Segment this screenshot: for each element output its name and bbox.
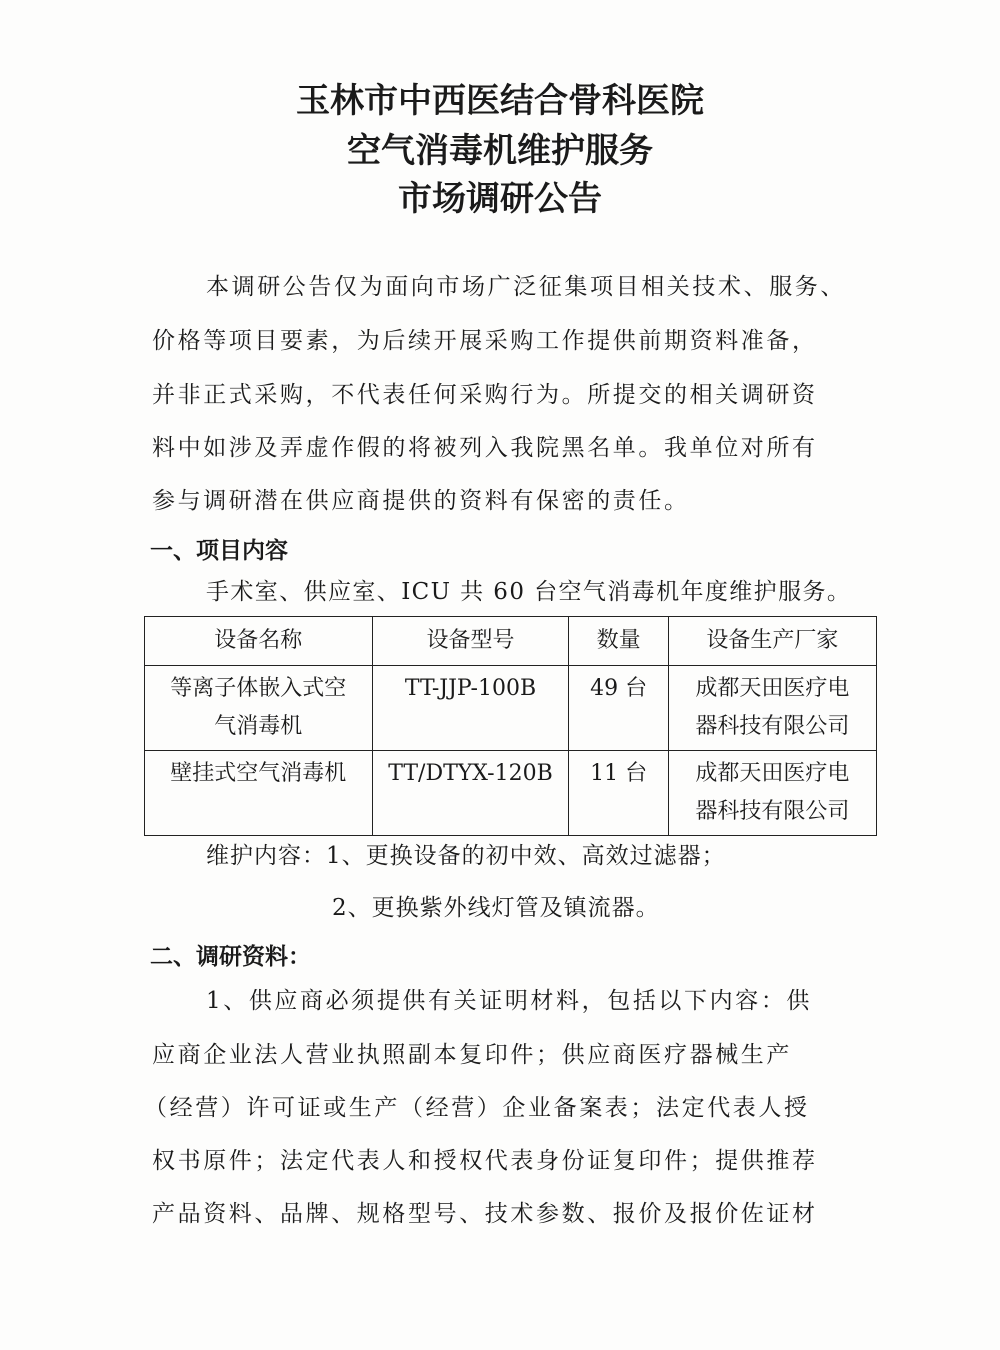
- materials-line: 1、供应商必须提供有关证明材料，包括以下内容：供: [206, 986, 926, 1016]
- project-summary: 手术室、供应室、ICU 共 60 台空气消毒机年度维护服务。: [206, 577, 926, 607]
- title-hospital: 玉林市中西医结合骨科医院: [0, 78, 1000, 124]
- section-heading-materials: 二、调研资料：: [150, 942, 311, 972]
- cell-line: 成都天田医疗电: [675, 670, 870, 708]
- maintenance-label: 维护内容：: [206, 843, 326, 869]
- materials-line: 产品资料、品牌、规格型号、技术参数、报价及报价佐证材: [152, 1199, 872, 1229]
- cell-device-name: 等离子体嵌入式空 气消毒机: [145, 666, 373, 751]
- equipment-table: 设备名称 设备型号 数量 设备生产厂家 等离子体嵌入式空 气消毒机 TT-JJP…: [144, 616, 877, 836]
- section-heading-project: 一、项目内容: [150, 536, 288, 566]
- intro-line: 价格等项目要素，为后续开展采购工作提供前期资料准备，: [152, 326, 872, 356]
- intro-line: 并非正式采购，不代表任何采购行为。所提交的相关调研资: [152, 380, 872, 410]
- header-manufacturer: 设备生产厂家: [668, 617, 876, 666]
- intro-line: 料中如涉及弄虚作假的将被列入我院黑名单。我单位对所有: [152, 433, 872, 463]
- maintenance-text: 1、更换设备的初中效、高效过滤器；: [326, 843, 726, 869]
- materials-line: 应商企业法人营业执照副本复印件；供应商医疗器械生产: [152, 1040, 872, 1070]
- title-notice: 市场调研公告: [0, 176, 1000, 222]
- materials-line: （经营）许可证或生产（经营）企业备案表；法定代表人授: [144, 1093, 864, 1123]
- cell-model: TT/DTYX-120B: [372, 751, 569, 836]
- cell-line: 气消毒机: [151, 708, 366, 746]
- cell-line: 器科技有限公司: [675, 708, 870, 746]
- maintenance-item-1: 维护内容：1、更换设备的初中效、高效过滤器；: [206, 841, 926, 871]
- cell-line: 等离子体嵌入式空: [151, 670, 366, 708]
- maintenance-item-2: 2、更换紫外线灯管及镇流器。: [332, 893, 1000, 923]
- cell-manufacturer: 成都天田医疗电 器科技有限公司: [668, 751, 876, 836]
- cell-quantity: 49 台: [569, 666, 668, 751]
- cell-manufacturer: 成都天田医疗电 器科技有限公司: [668, 666, 876, 751]
- cell-line: 器科技有限公司: [675, 793, 870, 831]
- header-quantity: 数量: [569, 617, 668, 666]
- intro-line: 参与调研潜在供应商提供的资料有保密的责任。: [152, 486, 872, 516]
- table-row: 壁挂式空气消毒机 TT/DTYX-120B 11 台 成都天田医疗电 器科技有限…: [145, 751, 877, 836]
- intro-line: 本调研公告仅为面向市场广泛征集项目相关技术、服务、: [206, 272, 926, 302]
- table-row: 等离子体嵌入式空 气消毒机 TT-JJP-100B 49 台 成都天田医疗电 器…: [145, 666, 877, 751]
- cell-device-name: 壁挂式空气消毒机: [145, 751, 373, 836]
- header-device-name: 设备名称: [145, 617, 373, 666]
- cell-line: 成都天田医疗电: [675, 755, 870, 793]
- cell-quantity: 11 台: [569, 751, 668, 836]
- cell-model: TT-JJP-100B: [372, 666, 569, 751]
- table-header-row: 设备名称 设备型号 数量 设备生产厂家: [145, 617, 877, 666]
- materials-line: 权书原件；法定代表人和授权代表身份证复印件；提供推荐: [152, 1146, 872, 1176]
- title-service: 空气消毒机维护服务: [0, 128, 1000, 174]
- header-model: 设备型号: [372, 617, 569, 666]
